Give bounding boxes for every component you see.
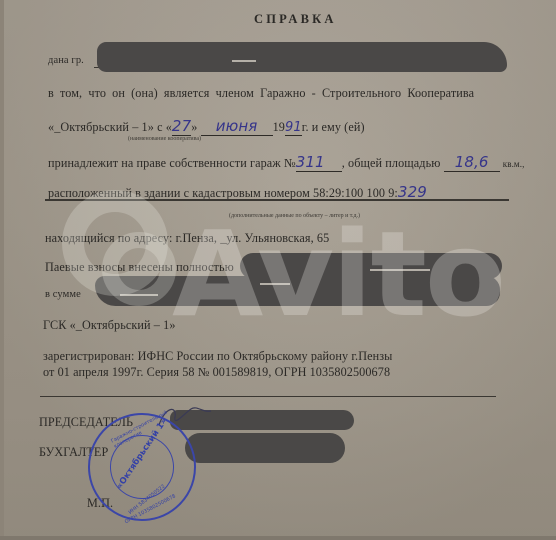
signature-divider bbox=[40, 396, 496, 397]
year-prefix: 19 bbox=[273, 120, 285, 134]
after-year-text: г. и ему (ей) bbox=[302, 120, 365, 134]
watermark-logo-ring-2 bbox=[102, 232, 176, 306]
date-day: 27 bbox=[172, 117, 191, 136]
cooperative-prefix: «_Октябрьский – 1» с « bbox=[48, 120, 172, 134]
registered-line-1: зарегистрирован: ИФНС России по Октябрьс… bbox=[43, 349, 392, 364]
year-suffix: 91 bbox=[285, 120, 302, 136]
date-quote-close: » bbox=[191, 120, 197, 134]
area-unit: кв.м., bbox=[503, 159, 525, 169]
area-value: 18,6 bbox=[444, 153, 500, 172]
paper-edge-bottom bbox=[0, 536, 556, 540]
caption-cooperative: (наименование кооператива) bbox=[128, 136, 201, 142]
registered-line-2: от 01 апреля 1997г. Серия 58 № 001589819… bbox=[43, 365, 390, 380]
cooperative-date-line: «_Октябрьский – 1» с «27» июня1991г. и е… bbox=[48, 117, 365, 136]
garage-number: 311 bbox=[296, 153, 342, 172]
membership-text: в том, что он (она) является членом Гара… bbox=[48, 86, 474, 101]
ownership-line: принадлежит на праве собственности гараж… bbox=[48, 153, 524, 172]
redaction-name bbox=[97, 42, 507, 72]
issued-to-label: дана гр. bbox=[48, 55, 84, 66]
area-label: , общей площадью bbox=[342, 156, 441, 170]
sum-label: в сумме bbox=[45, 289, 81, 300]
paper-edge-left bbox=[0, 0, 4, 540]
ownership-text: принадлежит на праве собственности гараж… bbox=[48, 156, 296, 170]
document-title: СПРАВКА bbox=[254, 12, 337, 27]
avito-watermark: Avito bbox=[172, 205, 504, 343]
redaction-scratch bbox=[232, 60, 256, 62]
date-month: июня bbox=[201, 117, 273, 136]
redaction-accountant-name bbox=[185, 433, 345, 463]
gsk-text: ГСК «_Октябрьский – 1» bbox=[43, 318, 176, 333]
